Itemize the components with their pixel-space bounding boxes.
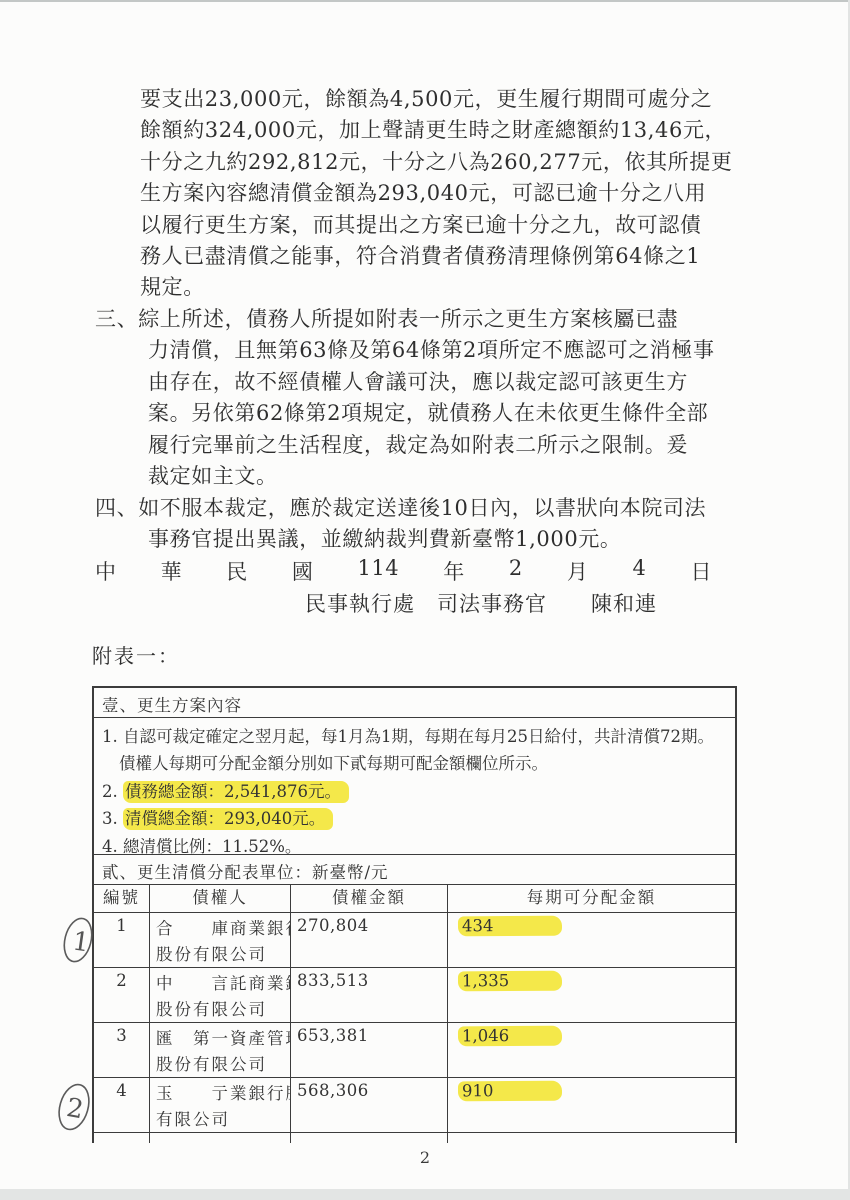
date-part: 中 (95, 556, 117, 586)
stub-cell (94, 1133, 150, 1143)
creditor-name-line-1: 合 庫商業銀行 (156, 916, 288, 942)
creditor-name-line-1: 匯 第一資產管理 (156, 1026, 288, 1052)
scan-edge-bottom (0, 1189, 850, 1200)
row-id: 4 (94, 1078, 150, 1132)
creditor-name-line-2: 股份有限公司 (156, 997, 288, 1022)
table-section-1-header: 壹、更生方案內容 (94, 688, 735, 718)
per-period-amount: 1,335 (448, 968, 735, 1022)
table-row: 1 合 庫商業銀行 股份有限公司 270,804 434 (94, 913, 735, 968)
col-header-claim-amount: 債權金額 (291, 885, 448, 912)
row-id: 2 (94, 968, 150, 1022)
per-period-amount: 1,046 (448, 1023, 735, 1077)
plan-item-2-prefix: 2. (102, 782, 123, 801)
date-part: 華 (161, 556, 183, 586)
date-year: 114 (358, 556, 400, 586)
row-id: 1 (94, 913, 150, 967)
plan-item-3: 3. 清償總金額：293,040元。 (102, 805, 727, 832)
body-line: 由存在，故不經債權人會議可決，應以裁定認可該更生方 (148, 367, 715, 398)
total-repayment-highlighted: 清償總金額：293,040元。 (123, 808, 333, 830)
creditor-name-line-1: 中 言託商業銀行 (156, 971, 288, 997)
scanned-court-document-page: 要支出23,000元，餘額為4,500元，更生履行期間可處分之 餘額約324,0… (0, 0, 850, 1200)
claim-amount: 653,381 (291, 1023, 448, 1077)
plan-item-1-line-2: 債權人每期可分配金額分別如下貳每期可配金額欄位所示。 (119, 750, 727, 777)
body-line: 事務官提出異議，並繳納裁判費新臺幣1,000元。 (148, 524, 706, 555)
date-part: 月 (567, 556, 589, 586)
handwritten-circled-1-annotation: 1 (58, 910, 98, 972)
creditor-name: 合 庫商業銀行 股份有限公司 (150, 913, 291, 967)
ruling-paragraph-continuation: 要支出23,000元，餘額為4,500元，更生履行期間可處分之 餘額約324,0… (140, 84, 732, 304)
per-period-amount: 434 (448, 913, 735, 967)
body-line: 十分之九約292,812元，十分之八為260,277元，依其所提更 (140, 147, 732, 178)
total-debt-highlighted: 債務總金額：2,541,876元。 (123, 781, 349, 803)
plan-item-3-prefix: 3. (102, 809, 123, 828)
per-period-amount-highlighted: 910 (458, 1081, 562, 1102)
creditor-name-line-2: 股份有限公司 (156, 942, 288, 967)
roc-date-line: 中 華 民 國 114 年 2 月 4 日 (95, 556, 712, 586)
ruling-item-4: 四、如不服本裁定，應於裁定送達後10日內，以書狀向本院司法 事務官提出異議，並繳… (95, 493, 706, 556)
body-line: 裁定如主文。 (148, 461, 715, 492)
stub-cell (448, 1133, 735, 1143)
body-line: 力清償，且無第63條及第64條第2項所定不應認可之消極事 (148, 335, 715, 366)
table-section-2-header: 貳、更生清償分配表單位：新臺幣/元 (94, 855, 735, 885)
creditor-name-line-1: 玉 亍業銀行股份 (156, 1081, 288, 1107)
body-line: 生方案內容總清償金額為293,040元，可認已逾十分之八用 (140, 178, 732, 209)
stub-cell (291, 1133, 448, 1143)
claim-amount: 568,306 (291, 1078, 448, 1132)
plan-item-2: 2. 債務總金額：2,541,876元。 (102, 778, 727, 805)
handwritten-digit: 1 (71, 926, 92, 958)
creditor-name-line-2: 股份有限公司 (156, 1052, 288, 1077)
creditor-name: 中 言託商業銀行 股份有限公司 (150, 968, 291, 1022)
col-header-per-period-amount: 每期可分配金額 (448, 885, 735, 912)
plan-item-1-line-1: 1. 自認可裁定確定之翌月起，每1月為1期，每期在每月25日給付，共計清償72期… (102, 723, 727, 750)
date-month-value: 2 (509, 556, 523, 586)
plan-content-list: 1. 自認可裁定確定之翌月起，每1月為1期，每期在每月25日給付，共計清償72期… (94, 718, 735, 855)
body-line: 以履行更生方案，而其提出之方案已逾十分之九，故可認債 (140, 210, 732, 241)
per-period-amount: 910 (448, 1078, 735, 1132)
col-header-id: 編號 (94, 885, 150, 912)
attachment-one-title: 附表一： (92, 640, 180, 669)
per-period-amount-highlighted: 1,335 (458, 971, 562, 992)
clerk-signature-line: 民事執行處 司法事務官 陳和連 (305, 588, 657, 618)
body-line: 規定。 (140, 272, 732, 303)
date-part: 年 (443, 556, 465, 586)
truncated-next-row (94, 1133, 735, 1143)
table-row: 3 匯 第一資產管理 股份有限公司 653,381 1,046 (94, 1023, 735, 1078)
handwritten-circled-2-annotation: 2 (52, 1076, 96, 1140)
creditor-name: 匯 第一資產管理 股份有限公司 (150, 1023, 291, 1077)
date-day-value: 4 (632, 556, 646, 586)
date-part: 國 (292, 556, 314, 586)
col-header-creditor: 債權人 (150, 885, 291, 912)
body-line: 履行完畢前之生活程度，裁定為如附表二所示之限制。爰 (148, 430, 715, 461)
claim-amount: 270,804 (291, 913, 448, 967)
body-line: 務人已盡清償之能事，符合消費者債務清理條例第64條之1 (140, 241, 732, 272)
claim-amount: 833,513 (291, 968, 448, 1022)
per-period-amount-highlighted: 1,046 (458, 1026, 562, 1047)
creditor-name-line-2: 有限公司 (156, 1107, 288, 1132)
per-period-amount-highlighted: 434 (458, 916, 562, 937)
table-row: 4 玉 亍業銀行股份 有限公司 568,306 910 (94, 1078, 735, 1133)
repayment-plan-table: 壹、更生方案內容 1. 自認可裁定確定之翌月起，每1月為1期，每期在每月25日給… (92, 686, 737, 1143)
ruling-item-3: 三、綜上所述，債務人所提如附表一所示之更生方案核屬已盡 力清償，且無第63條及第… (95, 304, 715, 492)
body-line: 案。另依第62條第2項規定，就債務人在未依更生條件全部 (148, 398, 715, 429)
body-line: 四、如不服本裁定，應於裁定送達後10日內，以書狀向本院司法 (95, 493, 706, 524)
date-part: 日 (690, 556, 712, 586)
date-part: 民 (226, 556, 248, 586)
body-line: 餘額約324,000元，加上聲請更生時之財產總額約13,46元， (140, 115, 732, 146)
creditor-name: 玉 亍業銀行股份 有限公司 (150, 1078, 291, 1132)
body-line: 三、綜上所述，債務人所提如附表一所示之更生方案核屬已盡 (95, 304, 715, 335)
page-number: 2 (0, 1148, 850, 1167)
body-line: 要支出23,000元，餘額為4,500元，更生履行期間可處分之 (140, 84, 732, 115)
creditor-table-header-row: 編號 債權人 債權金額 每期可分配金額 (94, 885, 735, 913)
scan-edge-top (0, 0, 850, 2)
row-id: 3 (94, 1023, 150, 1077)
stub-cell (150, 1133, 291, 1143)
table-row: 2 中 言託商業銀行 股份有限公司 833,513 1,335 (94, 968, 735, 1023)
